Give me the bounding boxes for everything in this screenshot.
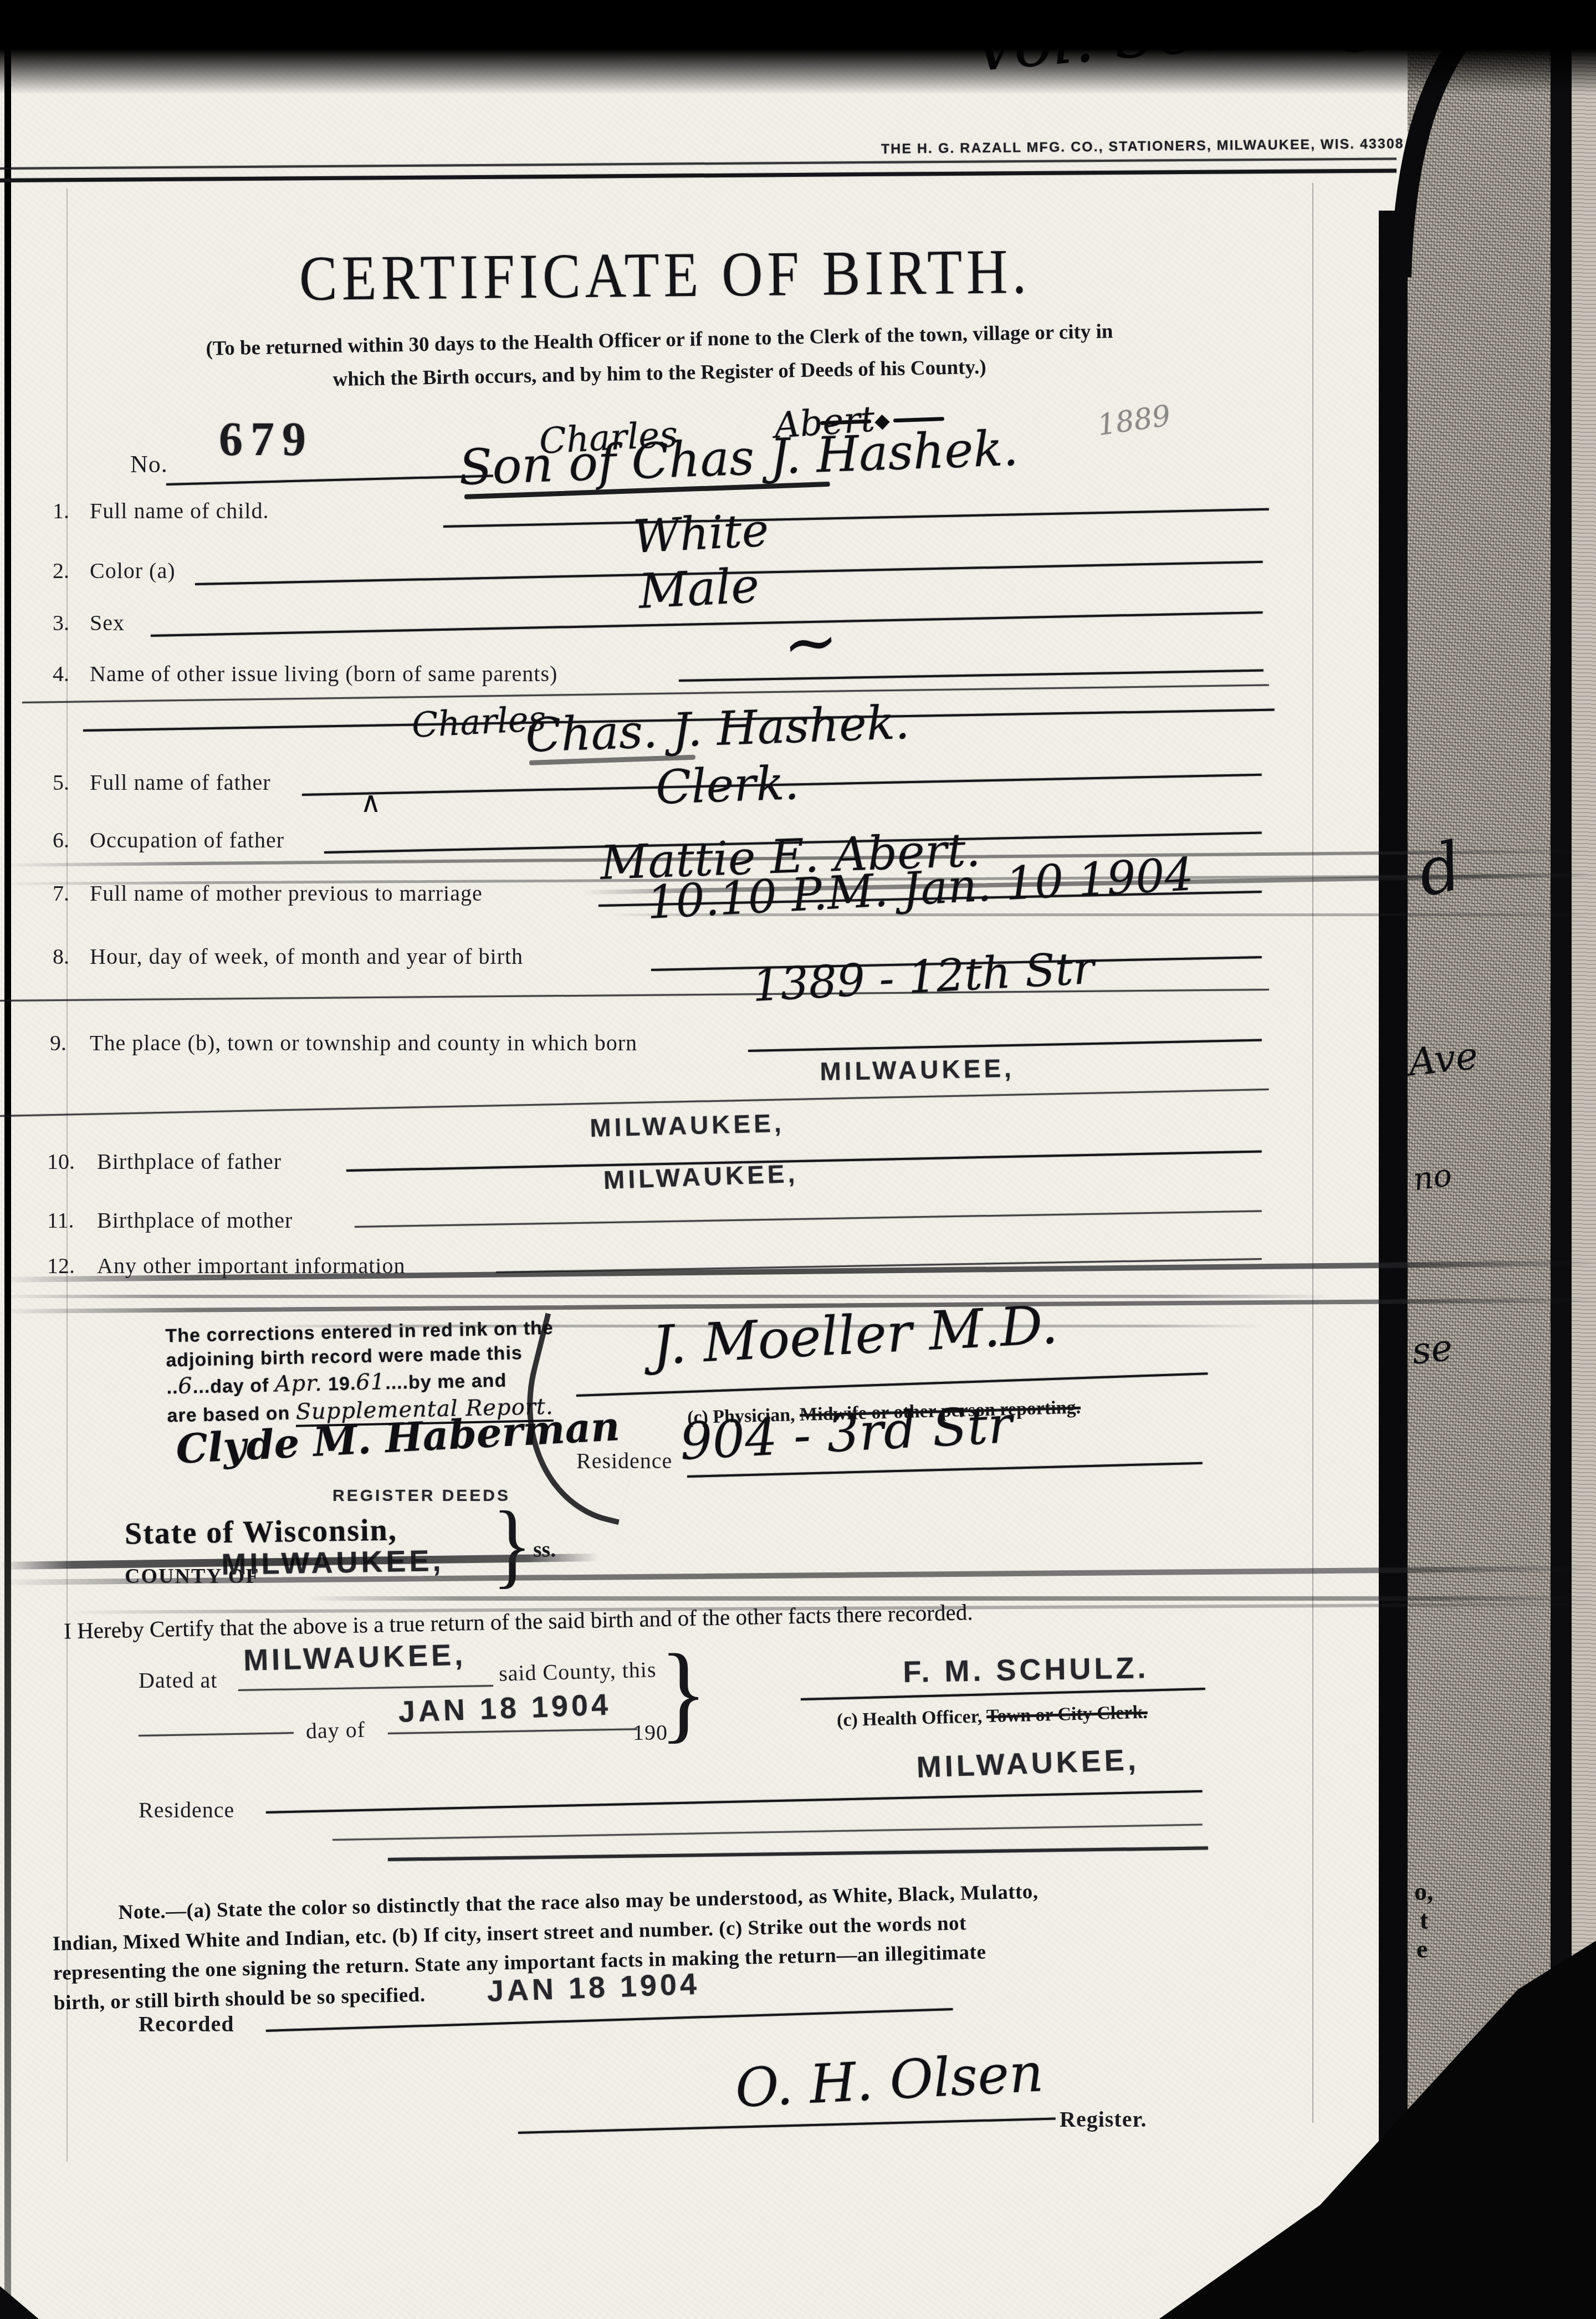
- scanned-birth-certificate: Vol. 367 Page 9 THE H. G. RAZALL MFG. CO…: [0, 0, 1596, 2319]
- day-of-rule-1: [139, 1732, 294, 1736]
- field4-rule: [679, 670, 1263, 682]
- field9-label: The place (b), town or township and coun…: [90, 1030, 637, 1056]
- dated-at-label: Dated at: [139, 1667, 217, 1693]
- corrections-year-value: 61: [356, 1369, 386, 1395]
- top-rule-1: [0, 157, 1396, 170]
- field9-entry: 1389 - 12th Str: [751, 942, 1096, 1012]
- field11-label: Birthplace of mother: [97, 1207, 293, 1233]
- field5-entry-struck: Chas: [525, 704, 644, 763]
- field5-number: 5.: [53, 769, 69, 795]
- divider-bar-right: [893, 417, 944, 422]
- dated-rule: [238, 1685, 493, 1691]
- field11-milwaukee-stamp: MILWAUKEE,: [603, 1158, 799, 1195]
- margin-fragment-e: e: [1416, 1934, 1428, 1964]
- field8-number: 8.: [53, 943, 69, 969]
- field4-number: 4.: [53, 661, 69, 687]
- field2-number: 2.: [53, 558, 69, 584]
- no-value: 679: [219, 411, 314, 467]
- top-rule-2: [0, 168, 1396, 182]
- no-rule: [166, 475, 493, 486]
- margin-fragment-t: t: [1420, 1906, 1428, 1935]
- field4-entry-dash: ~: [779, 601, 842, 684]
- dated-suffix: said County, this: [498, 1656, 657, 1686]
- margin-fragment-no: no: [1411, 1157, 1454, 1198]
- date-stamp: JAN 18 1904: [398, 1688, 612, 1729]
- field8-label: Hour, day of week, of month and year of …: [90, 943, 523, 969]
- residence2-rule: [266, 1790, 1203, 1814]
- field11-rule: [355, 1210, 1262, 1228]
- field5-caret-icon: ∧: [360, 786, 381, 819]
- field2-entry: White: [632, 504, 770, 564]
- residence2-label: Residence: [139, 1797, 234, 1823]
- dated-place-stamp: MILWAUKEE,: [243, 1637, 467, 1678]
- field6-number: 6.: [53, 827, 69, 853]
- margin-fragment-o: o,: [1414, 1877, 1434, 1906]
- corrections-by-me: by me and: [408, 1370, 507, 1393]
- field2-label: Color (a): [90, 558, 176, 584]
- health-officer-name-stamp: F. M. SCHULZ.: [903, 1651, 1149, 1689]
- margin-fragment-ave: Ave: [1406, 1034, 1480, 1085]
- field5-label: Full name of father: [90, 769, 271, 795]
- bottom-extra-rule-1: [332, 1824, 1203, 1841]
- field10-number: 10.: [47, 1148, 75, 1174]
- inner-left-border: [66, 188, 68, 2162]
- physician-residence-label: Residence: [576, 1448, 672, 1474]
- certificate-title: CERTIFICATE OF BIRTH.: [299, 236, 976, 315]
- corrections-month-value: Apr.: [274, 1371, 323, 1397]
- health-officer-label: (c) Health Officer, Town or City Clerk.: [837, 1702, 1148, 1731]
- register-rule: [518, 2118, 1056, 2134]
- field3-number: 3.: [53, 610, 69, 636]
- field1-label: Full name of child.: [90, 498, 269, 524]
- field1-faint-scribble: 1889: [1096, 399, 1173, 442]
- health-officer-label-prefix: (c) Health Officer,: [837, 1706, 983, 1730]
- no-label: No.: [130, 450, 168, 478]
- register-label: Register.: [1060, 2106, 1147, 2132]
- field12-number: 12.: [47, 1253, 75, 1279]
- field10-milwaukee-stamp: MILWAUKEE,: [590, 1108, 785, 1143]
- left-edge-line: [4, 50, 11, 2319]
- field1-number: 1.: [53, 498, 69, 524]
- year-prefix: 190: [633, 1719, 668, 1745]
- brace-ss: }: [492, 1489, 532, 1599]
- corrections-day-of: day of: [210, 1375, 269, 1397]
- top-scan-band: [0, 0, 1596, 94]
- margin-fragment-se: se: [1410, 1326, 1455, 1372]
- field1-rule: [443, 508, 1269, 528]
- officer-place-stamp: MILWAUKEE,: [916, 1743, 1140, 1785]
- register-deeds-title: REGISTER DEEDS: [332, 1487, 510, 1505]
- separator-rule-1: [22, 685, 1269, 703]
- field1-entry-rest: J. Hashek.: [753, 420, 1019, 486]
- field10-label: Birthplace of father: [97, 1148, 282, 1174]
- inner-right-border: [1312, 183, 1313, 2123]
- field11-number: 11.: [47, 1207, 74, 1233]
- field6-label: Occupation of father: [90, 827, 284, 853]
- field9-milwaukee-stamp: MILWAUKEE,: [820, 1053, 1015, 1086]
- recorded-rule: [266, 2008, 953, 2032]
- corrections-day-value: 6: [178, 1373, 193, 1399]
- bottom-extra-rule-2: [388, 1846, 1208, 1861]
- smear-6: [0, 1295, 1330, 1298]
- corrections-year-prefix: 19: [328, 1373, 351, 1395]
- health-officer-label-struck: Town or City Clerk.: [986, 1702, 1148, 1727]
- field5-entry-rest: . J. Hashek.: [642, 695, 910, 759]
- register-signature: O. H. Olsen: [734, 2041, 1045, 2119]
- field10-rule: [346, 1150, 1262, 1172]
- health-officer-rule: [801, 1688, 1205, 1700]
- field5-entry: Chas. J. Hashek.: [525, 695, 910, 763]
- field6-entry: Clerk.: [655, 755, 800, 815]
- field9-rule: [748, 1039, 1262, 1052]
- physician-rule: [576, 1372, 1208, 1397]
- field4-label: Name of other issue living (born of same…: [90, 661, 557, 687]
- field3-label: Sex: [90, 610, 125, 636]
- recorded-label: Recorded: [139, 2011, 234, 2037]
- field3-entry: Male: [637, 558, 761, 620]
- day-of-rule-2: [388, 1728, 637, 1734]
- field9-number: 9.: [50, 1030, 66, 1056]
- day-of-label: day of: [305, 1717, 365, 1744]
